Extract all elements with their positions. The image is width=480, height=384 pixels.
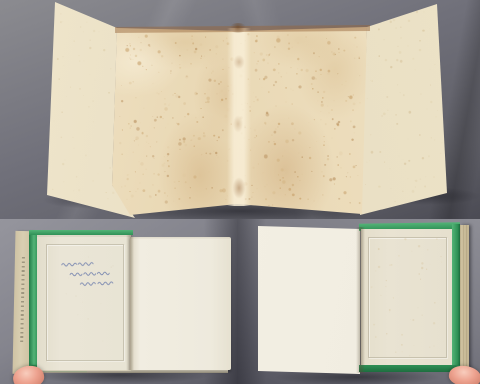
foxing-spot <box>184 142 185 143</box>
foxing-spot <box>370 80 372 82</box>
foxing-spot <box>337 73 338 74</box>
foxing-spot <box>286 72 288 74</box>
foxing-spot <box>320 103 324 107</box>
foxing-spot <box>130 127 132 129</box>
foxing-spot <box>256 135 257 136</box>
foxing-spot <box>297 42 299 44</box>
foxing-spot <box>52 189 53 190</box>
foxing-spot <box>63 181 64 182</box>
foxing-spot <box>272 205 273 206</box>
foxing-spot <box>193 42 195 44</box>
foxing-spot <box>310 82 313 85</box>
foxing-spot <box>201 55 203 57</box>
foxing-spot <box>108 199 109 200</box>
spine-title-illegible-text <box>20 257 24 345</box>
foxing-spot <box>179 54 181 57</box>
foxing-spot <box>149 195 152 198</box>
foxing-spot <box>396 123 399 125</box>
foxing-spot <box>278 126 279 127</box>
foxing-spot <box>323 175 325 178</box>
foxing-spot <box>270 134 272 136</box>
foxing-spot <box>390 188 391 189</box>
foxing-spot <box>56 58 58 61</box>
foxing-spot <box>63 65 64 67</box>
foxing-spot <box>205 102 206 103</box>
foxing-spot <box>263 77 266 80</box>
foxing-spot <box>280 168 284 172</box>
foxing-spot <box>300 69 304 72</box>
foxing-spot <box>404 162 407 165</box>
foxing-spot <box>338 48 340 50</box>
foxing-spot <box>312 87 314 89</box>
foxing-spot <box>195 116 197 119</box>
foxing-spot <box>291 47 293 49</box>
foxing-spot <box>140 161 144 166</box>
foxing-spot <box>399 51 402 54</box>
foxing-spot <box>345 100 348 102</box>
foxing-spot <box>161 55 164 57</box>
foxing-spot <box>225 99 226 100</box>
foxing-spot <box>317 91 319 93</box>
foxing-spot <box>396 58 398 61</box>
foxing-spot <box>422 157 425 160</box>
foxing-spot <box>186 75 187 76</box>
foxing-spot <box>156 92 158 94</box>
foxing-spot <box>252 185 253 186</box>
foxing-spot <box>257 99 259 100</box>
foxing-spot <box>183 101 187 106</box>
front-flyleaf-page <box>130 237 231 370</box>
foxing-spot <box>334 54 335 56</box>
foxing-spot <box>281 171 284 174</box>
foxing-spot <box>133 59 134 60</box>
foxing-spot <box>224 199 225 200</box>
foxing-spot <box>174 41 177 44</box>
foxing-spot <box>255 69 258 73</box>
foxing-spot <box>297 68 298 69</box>
foxing-spot <box>155 121 156 122</box>
foxing-spot <box>182 132 183 133</box>
foxing-spot <box>159 115 162 118</box>
foxing-spot <box>190 139 191 140</box>
foxing-spot <box>318 56 320 58</box>
foxing-spot <box>166 175 169 178</box>
foxing-spot <box>152 83 153 84</box>
foxing-spot <box>147 44 150 47</box>
foxing-spot <box>154 119 157 122</box>
gutter-shadow-front <box>126 235 134 371</box>
foxing-spot <box>157 116 158 118</box>
foxing-spot <box>73 40 75 42</box>
foxing-spot <box>327 105 329 107</box>
foxing-spot <box>187 113 190 116</box>
foxing-spot <box>348 96 349 97</box>
foxing-spot <box>281 76 283 77</box>
foxing-spot <box>403 191 404 192</box>
foxing-spot <box>142 173 144 174</box>
foxing-spot <box>108 88 109 89</box>
foxing-spot <box>138 145 139 146</box>
foxing-spot <box>152 65 153 66</box>
foxing-spot <box>273 68 276 71</box>
foxing-spot <box>429 28 430 29</box>
foxing-spot <box>431 137 432 138</box>
foxing-spot <box>402 94 404 97</box>
foxing-spot <box>326 158 329 161</box>
foxing-spot <box>121 154 123 155</box>
foxing-spot <box>400 60 403 63</box>
foxing-spot <box>318 100 319 101</box>
foxing-spot <box>414 180 415 181</box>
foxing-spot <box>297 188 298 189</box>
foxing-spot <box>253 192 254 193</box>
foxing-spot <box>214 151 215 152</box>
book-photo-collage <box>0 0 480 384</box>
foxing-spot <box>130 57 131 58</box>
foxing-spot <box>174 187 176 189</box>
foxing-spot <box>61 112 63 114</box>
foxing-spot <box>274 128 276 131</box>
foxing-spot <box>262 172 264 174</box>
foxing-spot <box>53 121 54 122</box>
foxing-spot <box>171 117 173 119</box>
foxing-spot <box>429 69 430 70</box>
foxing-spot <box>88 106 90 108</box>
foxing-spot <box>307 198 309 200</box>
foxing-spot <box>89 74 90 75</box>
foxing-spot <box>291 122 294 126</box>
foxing-spot <box>139 182 141 184</box>
foxing-spot <box>278 73 279 74</box>
foxing-spot <box>137 61 141 65</box>
foxing-spot <box>309 148 310 149</box>
photo-rear-endpapers <box>237 219 480 384</box>
foxing-spot <box>291 67 292 68</box>
foxing-spot <box>396 27 398 29</box>
foxing-spot <box>419 49 422 52</box>
green-cover-right-edge <box>452 224 460 372</box>
foxing-spot <box>316 141 317 143</box>
foxing-spot <box>271 149 273 150</box>
foxing-spot <box>276 38 280 43</box>
foxing-spot <box>83 61 84 62</box>
foxing-spot <box>378 185 381 188</box>
foxing-spot <box>182 173 186 178</box>
foxing-spot <box>215 151 218 154</box>
foxing-spot <box>313 52 315 55</box>
foxing-spot <box>178 138 181 141</box>
foxing-spot <box>390 66 392 69</box>
foxing-spot <box>130 54 132 56</box>
foxing-spot <box>217 156 220 158</box>
foxing-spot <box>128 123 130 125</box>
foxing-spot <box>329 178 333 182</box>
foxing-spot <box>164 112 166 113</box>
foxing-spot <box>412 190 415 193</box>
foxing-spot <box>203 132 205 134</box>
foxing-spot <box>336 156 338 158</box>
foxing-spot <box>282 177 284 179</box>
foxing-spot <box>286 34 288 36</box>
foxing-spot <box>297 57 299 60</box>
foxing-spot <box>206 189 207 190</box>
inscription-word-stroke <box>78 263 93 266</box>
foxing-spot <box>262 58 266 62</box>
foxing-spot <box>59 21 61 24</box>
foxing-spot <box>98 31 99 32</box>
foxing-spot <box>348 85 349 86</box>
foxing-spot <box>164 162 165 163</box>
foxing-spot <box>174 93 175 94</box>
foxing-spot <box>78 189 81 192</box>
foxing-spot <box>137 188 138 189</box>
inscription-handwriting <box>59 255 116 291</box>
foxing-spot <box>121 85 123 87</box>
foxing-spot <box>268 54 270 56</box>
foxing-spot <box>367 65 368 66</box>
foxing-spot <box>256 98 260 102</box>
foxing-spot <box>154 158 155 159</box>
foxing-spot <box>190 187 191 188</box>
foxing-spot <box>252 166 256 170</box>
foxing-spot <box>158 92 160 94</box>
foxing-spot <box>167 196 168 197</box>
foxing-spot <box>278 174 279 175</box>
foxing-spot <box>206 67 207 68</box>
foxing-spot <box>294 129 295 130</box>
foxing-spot <box>254 40 257 43</box>
foxing-spot <box>178 96 181 99</box>
foxing-spot <box>383 39 385 41</box>
foxing-spot <box>378 55 380 57</box>
foxing-spot <box>273 130 276 134</box>
foxing-spot <box>434 139 435 140</box>
foxing-spot <box>190 62 192 64</box>
foxing-spot <box>135 97 136 98</box>
foxing-spot <box>308 122 309 123</box>
foxing-spot <box>288 117 289 119</box>
foxing-spot <box>201 154 202 155</box>
foxing-spot <box>430 101 432 104</box>
board-edge-tan <box>460 225 469 372</box>
foxing-spot <box>128 81 131 84</box>
foxing-spot <box>86 21 87 23</box>
foxing-spot <box>321 194 323 196</box>
foxing-spot <box>215 53 216 54</box>
foxing-spot <box>211 187 213 189</box>
foxing-spot <box>291 193 294 196</box>
foxing-spot <box>283 172 285 174</box>
foxing-spot <box>311 171 312 172</box>
foxing-spot <box>351 138 355 142</box>
foxing-spot <box>325 123 328 126</box>
inscription-word-stroke <box>98 282 113 285</box>
foxing-spot <box>287 56 288 57</box>
foxing-spot <box>253 92 254 93</box>
foxing-spot <box>346 81 347 82</box>
foxing-spot <box>323 90 326 93</box>
foxing-spot <box>152 116 153 118</box>
foxing-spot <box>79 55 80 56</box>
foxing-spot <box>154 127 155 128</box>
foxing-spot <box>133 48 136 51</box>
foxing-spot <box>293 90 294 91</box>
foxing-spot <box>218 136 220 138</box>
foxing-spot <box>288 188 291 191</box>
foxing-spot <box>353 44 354 45</box>
foxing-spot <box>338 151 342 156</box>
foxing-spot <box>173 94 174 95</box>
foxing-spot <box>146 156 147 158</box>
foxing-spot <box>352 102 356 105</box>
foxing-spot <box>221 102 222 103</box>
foxing-spot <box>205 36 207 38</box>
foxing-spot <box>157 173 161 177</box>
foxing-spot <box>329 113 330 114</box>
foxing-spot <box>366 162 367 163</box>
green-cover-bottom-edge-rear <box>359 365 460 372</box>
foxing-spot <box>193 50 197 53</box>
foxing-spot <box>315 71 317 73</box>
foxing-spot <box>175 94 179 99</box>
foxing-spot <box>342 84 343 85</box>
foxing-spot <box>283 150 285 152</box>
foxing-spot <box>314 119 315 121</box>
foxing-spot <box>149 195 151 198</box>
foxing-spot <box>285 194 286 195</box>
foxing-spot <box>79 60 80 62</box>
foxing-spot <box>326 38 328 40</box>
foxing-spot <box>179 149 180 150</box>
foxing-spot <box>272 84 274 87</box>
foxing-spot <box>170 73 171 75</box>
pastedown-embossed-frame-rear <box>368 237 447 358</box>
foxing-spot <box>349 95 353 99</box>
foxing-spot <box>350 177 351 178</box>
foxing-spot <box>79 88 81 90</box>
foxing-spot <box>365 184 366 186</box>
foxing-spot <box>290 89 291 90</box>
rear-pastedown <box>361 229 453 367</box>
foxing-spot <box>145 169 147 170</box>
foxing-spot <box>332 138 333 139</box>
foxing-spot <box>328 73 330 75</box>
foxing-spot <box>323 91 325 93</box>
foxing-spot <box>324 141 325 142</box>
foxing-spot <box>256 35 258 38</box>
foxing-spot <box>275 81 278 84</box>
foxing-spot <box>150 146 151 147</box>
foxing-spot <box>298 85 302 89</box>
foxing-spot <box>267 141 269 143</box>
foxing-spot <box>169 105 170 106</box>
foxing-spot <box>106 192 108 194</box>
foxing-spot <box>337 73 338 74</box>
foxing-spot <box>216 172 218 173</box>
foxing-spot <box>211 198 212 199</box>
foxing-spot <box>282 155 283 156</box>
foxing-spot <box>265 187 266 188</box>
foxing-spot <box>73 190 74 191</box>
foxing-spot <box>312 78 313 79</box>
foxing-spot <box>164 102 167 105</box>
foxing-spot <box>196 92 198 95</box>
foxing-spot <box>220 81 222 83</box>
foxing-spot <box>215 44 219 48</box>
foxing-spot <box>394 201 396 203</box>
foxing-spot <box>340 168 341 169</box>
foxing-spot <box>184 143 187 147</box>
foxing-spot <box>331 51 332 52</box>
foxing-spot <box>192 39 193 40</box>
foxing-spot <box>278 122 281 125</box>
foxing-spot <box>163 119 164 120</box>
foxing-spot <box>164 171 165 172</box>
foxing-spot <box>415 187 416 188</box>
foxing-spot <box>129 191 131 193</box>
foxing-spot <box>164 156 165 157</box>
foxing-spot <box>338 164 340 166</box>
foxing-spot <box>92 180 94 182</box>
foxing-spot <box>298 131 302 135</box>
foxing-spot <box>292 139 295 142</box>
foxing-spot <box>191 35 193 37</box>
foxing-spot <box>135 171 136 172</box>
foxing-spot <box>358 175 359 176</box>
foxing-spot <box>422 29 425 32</box>
foxing-spot <box>158 189 161 193</box>
foxing-spot <box>146 142 147 144</box>
foxing-spot <box>420 94 421 95</box>
gutter-shadow-rear <box>356 227 365 373</box>
foxing-spot <box>171 63 172 64</box>
foxing-spot <box>311 176 312 177</box>
foxing-spot <box>186 49 188 51</box>
foxing-spot <box>441 142 442 143</box>
foxing-spot <box>294 171 296 173</box>
foxing-spot <box>352 109 354 111</box>
foxing-spot <box>142 189 146 193</box>
foxing-spot <box>282 180 286 185</box>
foxing-spot <box>424 185 426 187</box>
foxing-spot <box>219 92 221 94</box>
foxing-spot <box>327 40 331 45</box>
foxing-spot <box>63 56 64 57</box>
foxing-spot <box>126 199 127 200</box>
foxing-spot <box>265 123 266 125</box>
foxing-spot <box>321 101 323 103</box>
foxing-spot <box>167 146 170 148</box>
foxing-spot <box>72 137 73 138</box>
foxing-spot <box>356 46 358 48</box>
foxing-spot <box>89 47 91 50</box>
foxing-spot <box>222 129 224 132</box>
foxing-spot <box>435 116 436 117</box>
foxing-spot <box>141 131 144 135</box>
foxing-spot <box>386 95 388 97</box>
foxing-spot <box>200 58 201 59</box>
foxing-spot <box>296 176 298 178</box>
foxing-spot <box>280 187 282 189</box>
foxing-spot <box>173 180 176 183</box>
foxing-spot <box>255 38 259 42</box>
foxing-spot <box>257 60 259 62</box>
photo-top-jacket-spread <box>0 0 480 219</box>
foxing-spot <box>358 202 361 205</box>
foxing-spot <box>167 124 168 125</box>
foxing-spot <box>264 122 267 125</box>
foxing-spot <box>254 101 255 102</box>
